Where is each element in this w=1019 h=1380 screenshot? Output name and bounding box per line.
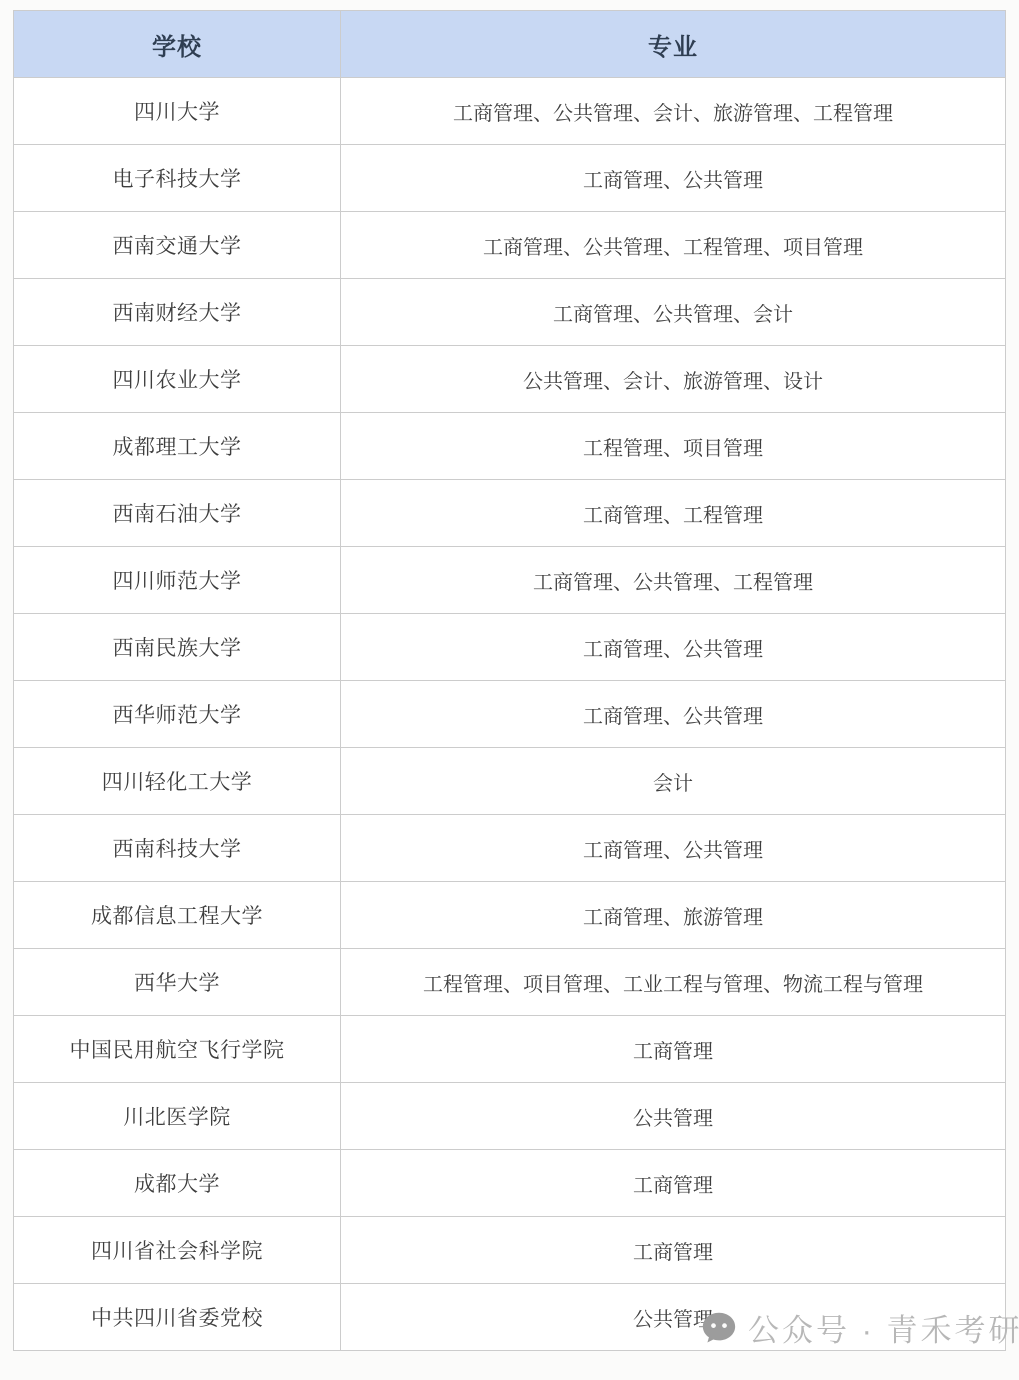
school-cell: 西华大学 bbox=[14, 949, 341, 1016]
table-header: 学校 专业 bbox=[14, 11, 1006, 78]
majors-cell: 工商管理、公共管理 bbox=[341, 614, 1006, 681]
schools-majors-table: 学校 专业 四川大学 工商管理、公共管理、会计、旅游管理、工程管理 电子科技大学… bbox=[13, 10, 1006, 1351]
school-cell: 中国民用航空飞行学院 bbox=[14, 1016, 341, 1083]
table-row: 西南财经大学 工商管理、公共管理、会计 bbox=[14, 279, 1006, 346]
table-row: 四川大学 工商管理、公共管理、会计、旅游管理、工程管理 bbox=[14, 78, 1006, 145]
majors-cell: 工商管理、公共管理 bbox=[341, 815, 1006, 882]
majors-cell: 工程管理、项目管理、工业工程与管理、物流工程与管理 bbox=[341, 949, 1006, 1016]
school-cell: 四川轻化工大学 bbox=[14, 748, 341, 815]
table-row: 西南民族大学 工商管理、公共管理 bbox=[14, 614, 1006, 681]
school-cell: 四川农业大学 bbox=[14, 346, 341, 413]
majors-cell: 工商管理、旅游管理 bbox=[341, 882, 1006, 949]
majors-cell: 公共管理 bbox=[341, 1284, 1006, 1351]
school-cell: 成都理工大学 bbox=[14, 413, 341, 480]
majors-cell: 工商管理、工程管理 bbox=[341, 480, 1006, 547]
table-row: 四川省社会科学院 工商管理 bbox=[14, 1217, 1006, 1284]
majors-cell: 工程管理、项目管理 bbox=[341, 413, 1006, 480]
table-row: 电子科技大学 工商管理、公共管理 bbox=[14, 145, 1006, 212]
school-cell: 西南交通大学 bbox=[14, 212, 341, 279]
table-row: 四川师范大学 工商管理、公共管理、工程管理 bbox=[14, 547, 1006, 614]
school-cell: 西南科技大学 bbox=[14, 815, 341, 882]
table-row: 成都信息工程大学 工商管理、旅游管理 bbox=[14, 882, 1006, 949]
majors-cell: 公共管理、会计、旅游管理、设计 bbox=[341, 346, 1006, 413]
column-header-school: 学校 bbox=[14, 11, 341, 78]
table-row: 中国民用航空飞行学院 工商管理 bbox=[14, 1016, 1006, 1083]
majors-cell: 工商管理、公共管理、工程管理、项目管理 bbox=[341, 212, 1006, 279]
school-cell: 西南民族大学 bbox=[14, 614, 341, 681]
header-row: 学校 专业 bbox=[14, 11, 1006, 78]
majors-cell: 工商管理 bbox=[341, 1016, 1006, 1083]
majors-cell: 工商管理 bbox=[341, 1217, 1006, 1284]
table-row: 四川轻化工大学 会计 bbox=[14, 748, 1006, 815]
table-row: 成都理工大学 工程管理、项目管理 bbox=[14, 413, 1006, 480]
column-header-major: 专业 bbox=[341, 11, 1006, 78]
schools-majors-table-container: 学校 专业 四川大学 工商管理、公共管理、会计、旅游管理、工程管理 电子科技大学… bbox=[13, 10, 1006, 1351]
school-cell: 西南石油大学 bbox=[14, 480, 341, 547]
table-row: 西南科技大学 工商管理、公共管理 bbox=[14, 815, 1006, 882]
majors-cell: 公共管理 bbox=[341, 1083, 1006, 1150]
table-row: 四川农业大学 公共管理、会计、旅游管理、设计 bbox=[14, 346, 1006, 413]
school-cell: 四川大学 bbox=[14, 78, 341, 145]
school-cell: 中共四川省委党校 bbox=[14, 1284, 341, 1351]
school-cell: 川北医学院 bbox=[14, 1083, 341, 1150]
school-cell: 四川省社会科学院 bbox=[14, 1217, 341, 1284]
table-row: 西南交通大学 工商管理、公共管理、工程管理、项目管理 bbox=[14, 212, 1006, 279]
table-row: 川北医学院 公共管理 bbox=[14, 1083, 1006, 1150]
table-row: 中共四川省委党校 公共管理 bbox=[14, 1284, 1006, 1351]
table-body: 四川大学 工商管理、公共管理、会计、旅游管理、工程管理 电子科技大学 工商管理、… bbox=[14, 78, 1006, 1351]
majors-cell: 会计 bbox=[341, 748, 1006, 815]
school-cell: 四川师范大学 bbox=[14, 547, 341, 614]
table-row: 西南石油大学 工商管理、工程管理 bbox=[14, 480, 1006, 547]
table-row: 西华大学 工程管理、项目管理、工业工程与管理、物流工程与管理 bbox=[14, 949, 1006, 1016]
school-cell: 成都信息工程大学 bbox=[14, 882, 341, 949]
school-cell: 西华师范大学 bbox=[14, 681, 341, 748]
table-row: 成都大学 工商管理 bbox=[14, 1150, 1006, 1217]
majors-cell: 工商管理、公共管理、会计、旅游管理、工程管理 bbox=[341, 78, 1006, 145]
majors-cell: 工商管理 bbox=[341, 1150, 1006, 1217]
school-cell: 西南财经大学 bbox=[14, 279, 341, 346]
table-row: 西华师范大学 工商管理、公共管理 bbox=[14, 681, 1006, 748]
majors-cell: 工商管理、公共管理、工程管理 bbox=[341, 547, 1006, 614]
majors-cell: 工商管理、公共管理、会计 bbox=[341, 279, 1006, 346]
majors-cell: 工商管理、公共管理 bbox=[341, 681, 1006, 748]
majors-cell: 工商管理、公共管理 bbox=[341, 145, 1006, 212]
school-cell: 成都大学 bbox=[14, 1150, 341, 1217]
school-cell: 电子科技大学 bbox=[14, 145, 341, 212]
